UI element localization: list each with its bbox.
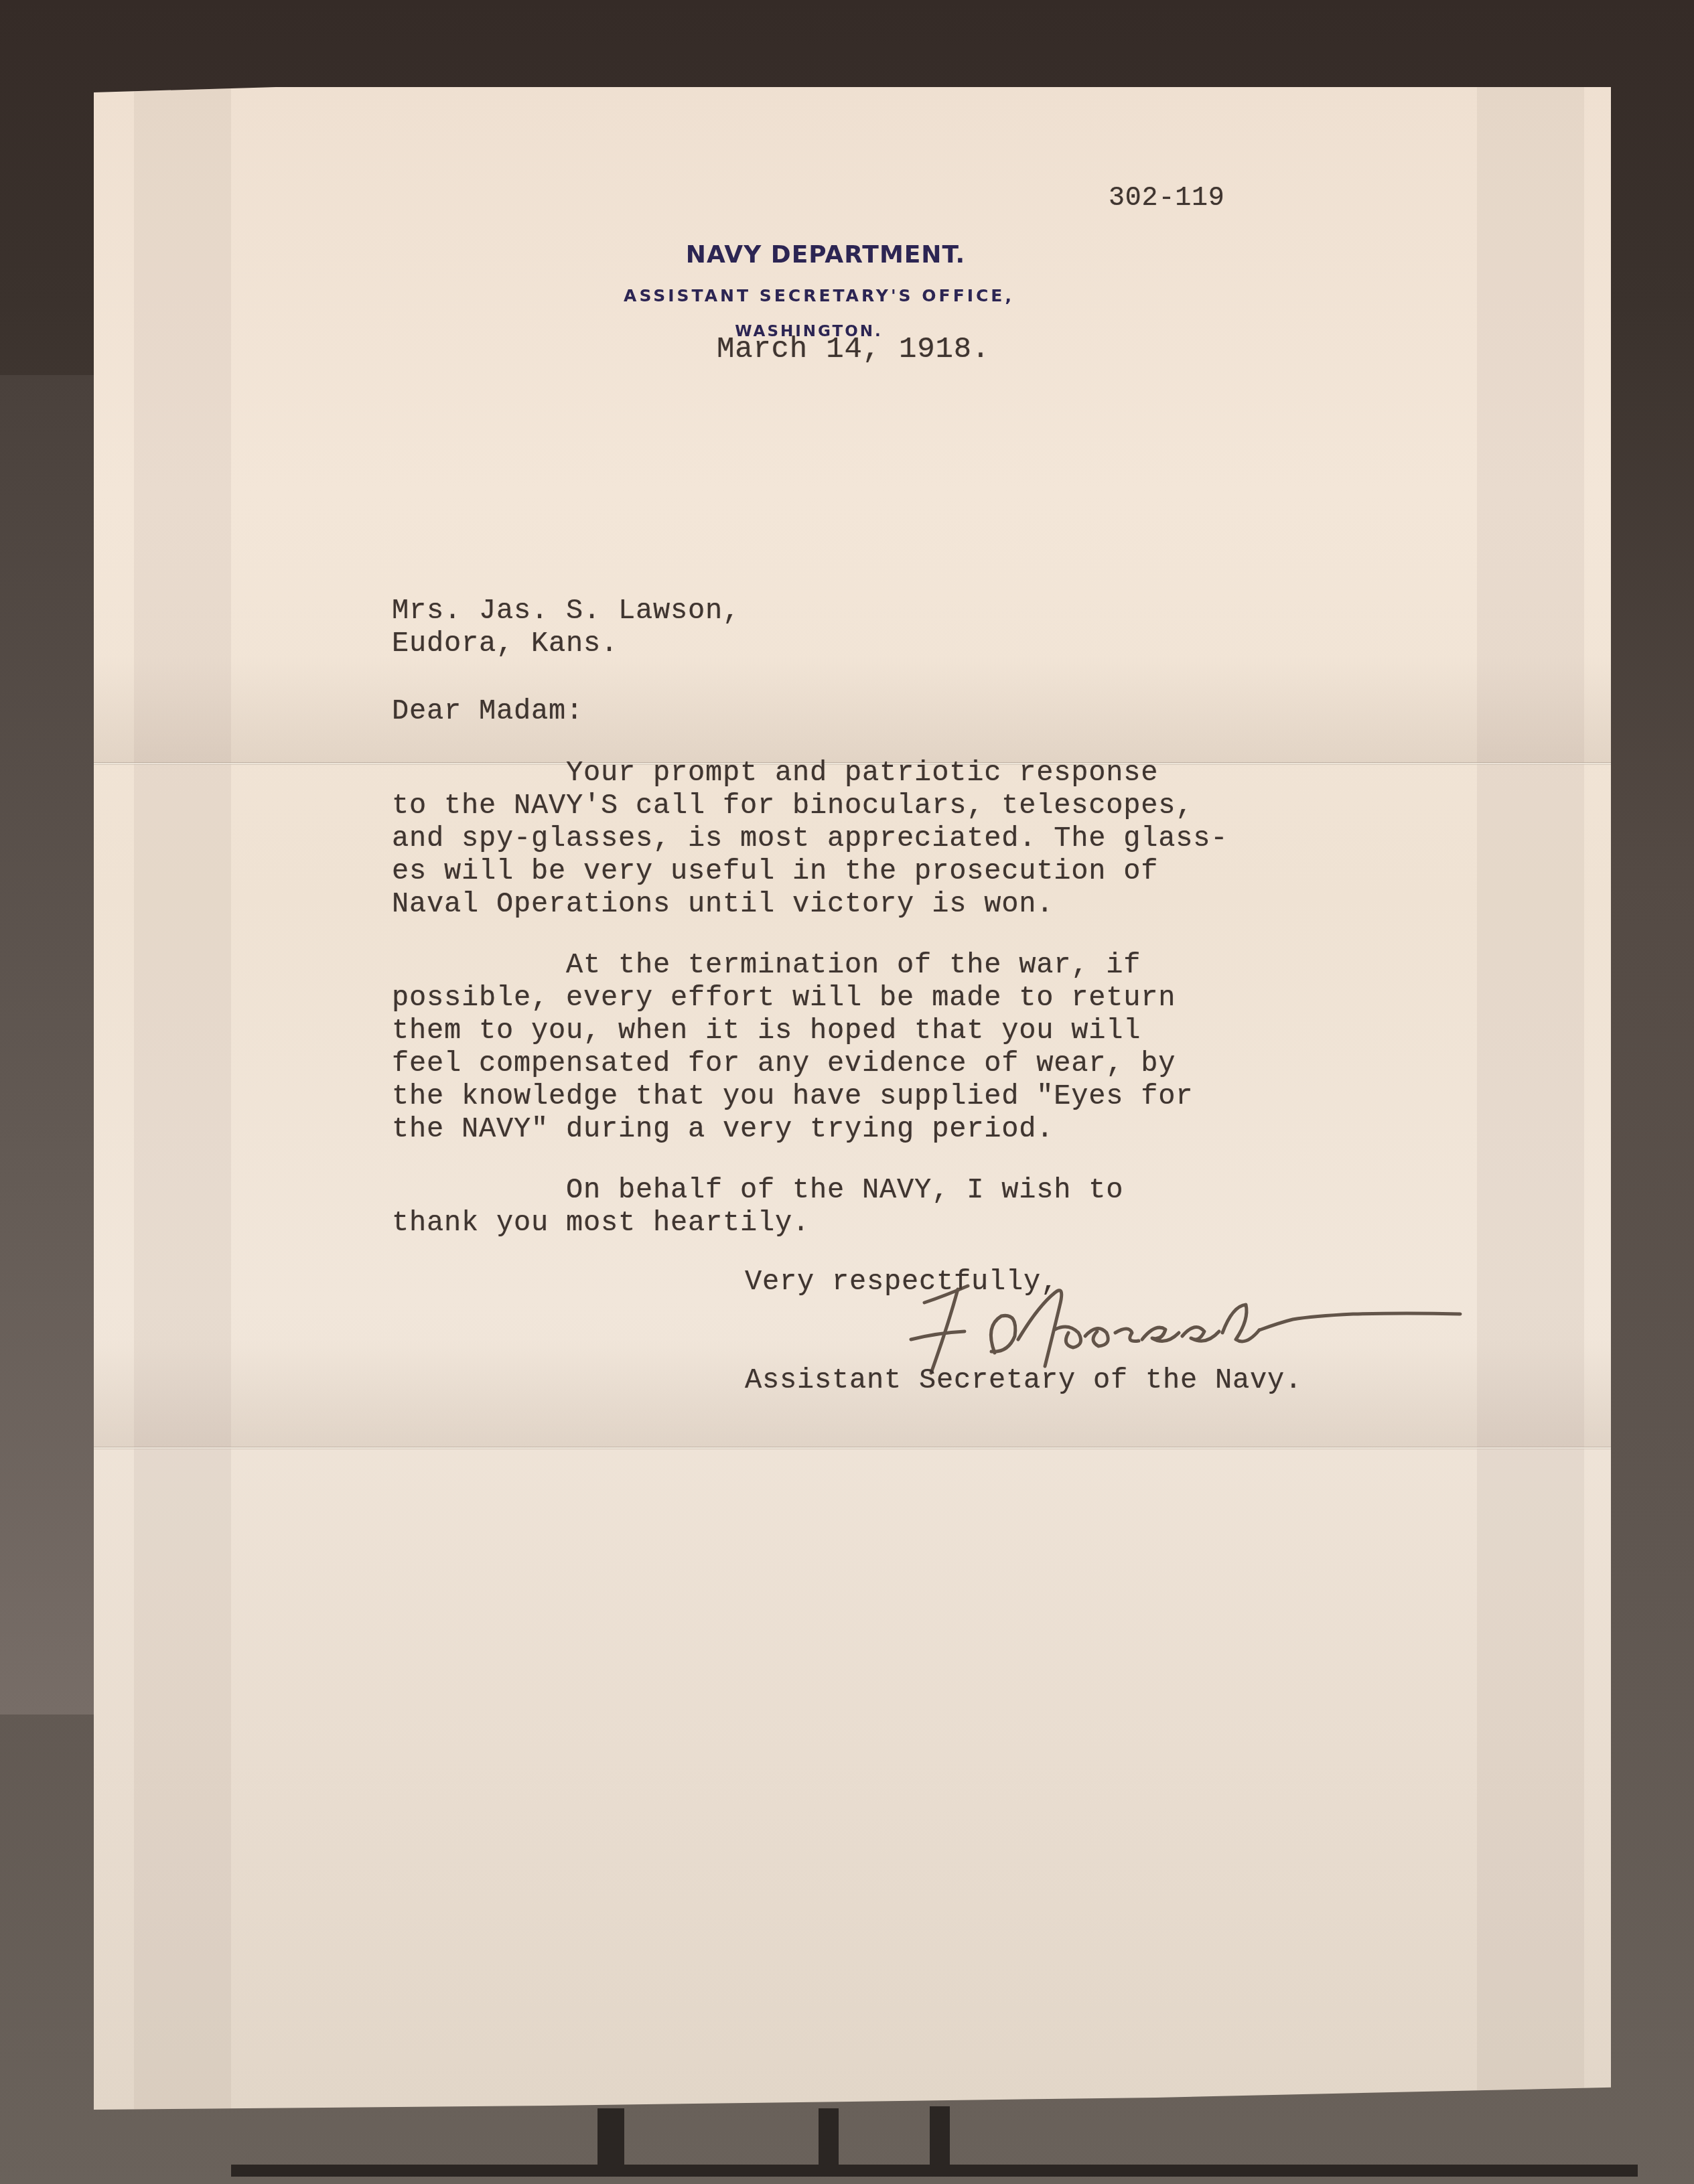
display-stand-post-mid [819, 2108, 839, 2169]
letter-paper: 302-119 NAVY DEPARTMENT. ASSISTANT SECRE… [94, 87, 1611, 2110]
recipient-address: Mrs. Jas. S. Lawson, Eudora, Kans. [392, 595, 740, 660]
letter-date: March 14, 1918. [717, 334, 990, 366]
background-shadow [0, 375, 94, 1715]
reference-number: 302-119 [1109, 182, 1225, 215]
recipient-location: Eudora, Kans. [392, 628, 618, 660]
recipient-name: Mrs. Jas. S. Lawson, [392, 595, 740, 627]
fold-shadow-upper [94, 656, 1611, 763]
letterhead-office: ASSISTANT SECRETARY'S OFFICE, [60, 286, 1577, 305]
display-stand-post-left [597, 2108, 624, 2169]
letterhead-title: NAVY DEPARTMENT. [67, 241, 1584, 269]
fold-line-lower [94, 1447, 1611, 1449]
signer-title: Assistant Secretary of the Navy. [745, 1364, 1302, 1397]
salutation: Dear Madam: [392, 695, 583, 728]
paper-shading-right [1477, 87, 1584, 2110]
display-stand-post-right [930, 2106, 950, 2167]
paper-shading-left [134, 87, 231, 2110]
body-paragraph-3: On behalf of the NAVY, I wish to thank y… [392, 1174, 1123, 1240]
body-paragraph-2: At the termination of the war, if possib… [392, 949, 1193, 1146]
body-paragraph-1: Your prompt and patriotic response to th… [392, 757, 1228, 921]
